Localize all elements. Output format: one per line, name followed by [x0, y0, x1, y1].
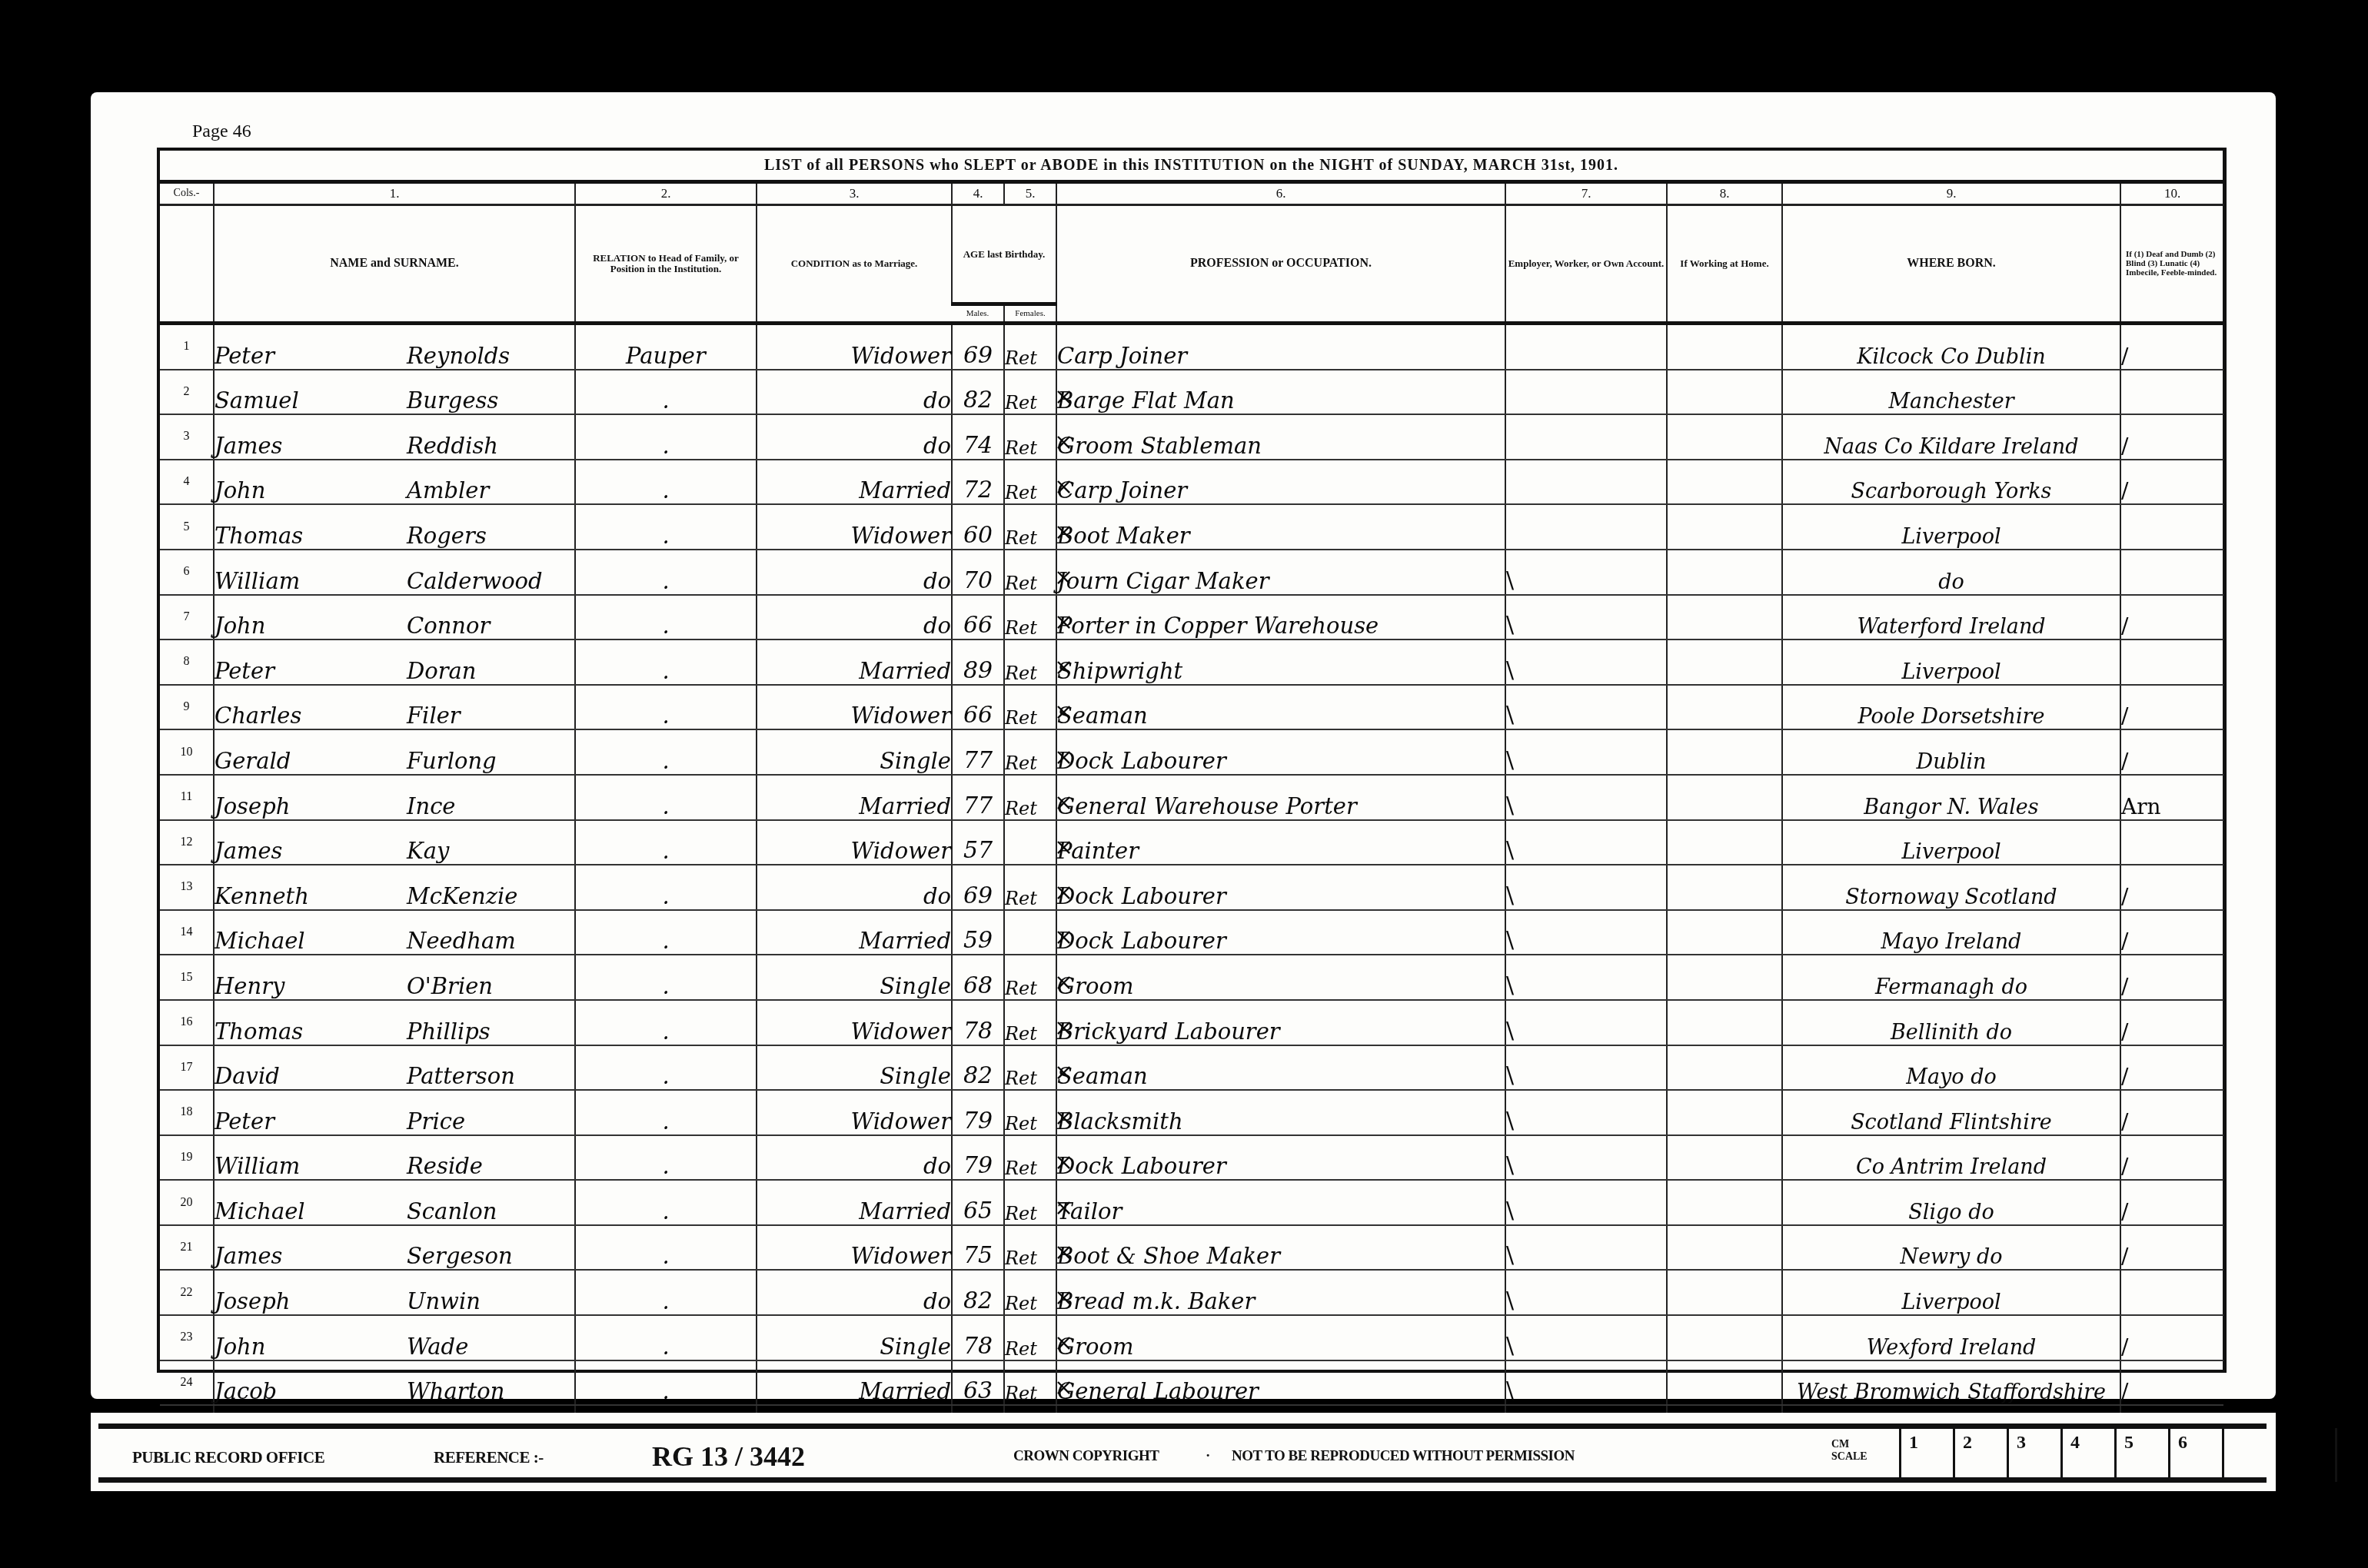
occupation-text: Dock Labourer [1057, 928, 1226, 954]
row-number: 23 [160, 1315, 214, 1360]
occupation-cell: ×Tailor [1056, 1180, 1505, 1225]
where-born-cell: Dublin [1782, 729, 2120, 775]
occupation-text: Carp Joiner [1057, 343, 1187, 369]
condition-cell: Widower [757, 324, 952, 370]
footer-notice: NOT TO BE REPRODUCED WITHOUT PERMISSION [1232, 1448, 1575, 1465]
working-home-cell [1667, 370, 1782, 415]
person-name: JosephUnwin [214, 1270, 575, 1315]
where-born-cell: Kilcock Co Dublin [1782, 324, 2120, 370]
header-rownum [160, 205, 214, 324]
relation-cell: Pauper [575, 324, 757, 370]
scale-cell: 5 [2114, 1428, 2168, 1482]
age-male-cell: 66 [952, 685, 1004, 730]
occupation-cell: ×General Warehouse Porter [1056, 775, 1505, 820]
employer-cell: \ [1505, 550, 1667, 595]
occupation-text: Dock Labourer [1057, 1153, 1226, 1179]
where-born-cell: Liverpool [1782, 504, 2120, 550]
header-employer: Employer, Worker, or Own Account. [1505, 205, 1667, 324]
header-condition: CONDITION as to Marriage. [757, 205, 952, 324]
surname: Rogers [407, 523, 487, 549]
age-male-cell: 57 [952, 820, 1004, 865]
table-row: 5ThomasRogers.Widower60Ret×Boot MakerLiv… [160, 504, 2223, 550]
table-row: 4JohnAmbler.Married72Ret×Carp JoinerScar… [160, 460, 2223, 505]
infirmity-cell: / [2120, 955, 2223, 1000]
relation-cell: . [575, 1270, 757, 1315]
surname: Furlong [407, 748, 497, 774]
scale-cell: 3 [2007, 1428, 2060, 1482]
relation-cell: . [575, 639, 757, 685]
footer-reference: RG 13 / 3442 [652, 1440, 805, 1473]
table-row: 22JosephUnwin.do82Ret×Bread m.k. Baker\L… [160, 1270, 2223, 1315]
age-male-cell: 78 [952, 1315, 1004, 1360]
relation-cell: . [575, 729, 757, 775]
employer-cell: \ [1505, 1000, 1667, 1045]
first-name: James [215, 1243, 407, 1269]
table-row: 10GeraldFurlong.Single77Ret×Dock Laboure… [160, 729, 2223, 775]
condition-cell: do [757, 595, 952, 640]
relation-cell: . [575, 910, 757, 955]
cross-mark-icon: × [1054, 429, 1073, 456]
condition-cell: Single [757, 1045, 952, 1091]
infirmity-cell: / [2120, 729, 2223, 775]
employer-cell [1505, 460, 1667, 505]
where-born-cell: Mayo do [1782, 1045, 2120, 1091]
employer-cell: \ [1505, 865, 1667, 910]
working-home-cell [1667, 639, 1782, 685]
cols-label: Cols.- [160, 184, 214, 205]
condition-cell: Married [757, 1180, 952, 1225]
cross-mark-icon: × [1054, 699, 1073, 726]
surname: Reynolds [407, 343, 510, 369]
header-where-born: WHERE BORN. [1782, 205, 2120, 324]
occupation-cell: Carp Joiner [1056, 324, 1505, 370]
occupation-cell: ×Journ Cigar Maker [1056, 550, 1505, 595]
working-home-cell [1667, 1000, 1782, 1045]
age-female-cell: Ret [1004, 504, 1056, 550]
working-home-cell [1667, 1270, 1782, 1315]
surname: Connor [407, 613, 490, 639]
employer-cell: \ [1505, 639, 1667, 685]
header-relation: RELATION to Head of Family, or Position … [575, 205, 757, 324]
condition-cell: Single [757, 729, 952, 775]
column-numbers-row: Cols.- 1. 2. 3. 4. 5. 6. 7. 8. 9. 10. [160, 184, 2223, 205]
surname: Burgess [407, 387, 498, 414]
footer-office: PUBLIC RECORD OFFICE [132, 1448, 324, 1467]
occupation-cell: ×Seaman [1056, 1045, 1505, 1091]
table-row: 17DavidPatterson.Single82Ret×Seaman\Mayo… [160, 1045, 2223, 1091]
first-name: David [215, 1063, 407, 1089]
age-male-cell: 70 [952, 550, 1004, 595]
employer-cell [1505, 324, 1667, 370]
surname: O'Brien [407, 973, 493, 999]
occupation-cell: ×Groom Stableman [1056, 414, 1505, 460]
occupation-cell: ×Carp Joiner [1056, 460, 1505, 505]
age-female-cell: Ret [1004, 729, 1056, 775]
person-name: JamesKay [214, 820, 575, 865]
person-name: WilliamReside [214, 1135, 575, 1181]
footer-copyright: CROWN COPYRIGHT [1013, 1448, 1159, 1465]
employer-cell: \ [1505, 1225, 1667, 1271]
age-male-cell: 78 [952, 1000, 1004, 1045]
table-row: 24JacobWharton.Married63Ret×General Labo… [160, 1360, 2223, 1406]
cross-mark-icon: × [1054, 1374, 1073, 1401]
cross-mark-icon: × [1054, 473, 1073, 500]
age-female-cell: Ret [1004, 865, 1056, 910]
employer-cell: \ [1505, 1090, 1667, 1135]
age-female-cell: Ret [1004, 1090, 1056, 1135]
age-male-cell: 79 [952, 1090, 1004, 1135]
infirmity-cell [2120, 1270, 2223, 1315]
occupation-cell: ×Dock Labourer [1056, 910, 1505, 955]
cross-mark-icon: × [1054, 1239, 1073, 1266]
person-name: PeterDoran [214, 639, 575, 685]
table-row: 2SamuelBurgess.do82Ret×Barge Flat ManMan… [160, 370, 2223, 415]
condition-cell: Widower [757, 1000, 952, 1045]
person-name: GeraldFurlong [214, 729, 575, 775]
employer-cell: \ [1505, 1180, 1667, 1225]
employer-cell: \ [1505, 1270, 1667, 1315]
condition-cell: do [757, 414, 952, 460]
cm-scale: 1 2 3 4 5 6 [1899, 1428, 2337, 1482]
cross-mark-icon: × [1054, 744, 1073, 771]
age-male-cell: 82 [952, 1045, 1004, 1091]
table-row: 16ThomasPhillips.Widower78Ret×Brickyard … [160, 1000, 2223, 1045]
row-number: 10 [160, 729, 214, 775]
condition-cell: Widower [757, 504, 952, 550]
colnum-1: 1. [214, 184, 575, 205]
page-number: Page 46 [192, 121, 251, 142]
age-male-cell: 79 [952, 1135, 1004, 1181]
age-female-cell: Ret [1004, 1180, 1056, 1225]
cross-mark-icon: × [1054, 1015, 1073, 1041]
where-born-cell: Scotland Flintshire [1782, 1090, 2120, 1135]
table-row: 18PeterPrice.Widower79Ret×Blacksmith\Sco… [160, 1090, 2223, 1135]
cm-scale-label: CM SCALE [1831, 1439, 1867, 1463]
row-number: 18 [160, 1090, 214, 1135]
scale-cell [2222, 1428, 2337, 1482]
surname: Calderwood [407, 568, 543, 594]
where-born-cell: Liverpool [1782, 820, 2120, 865]
surname: McKenzie [407, 883, 517, 909]
occupation-cell: ×Boot & Shoe Maker [1056, 1225, 1505, 1271]
age-male-cell: 82 [952, 370, 1004, 415]
colnum-5: 5. [1004, 184, 1056, 205]
employer-cell: \ [1505, 820, 1667, 865]
person-name: JacobWharton [214, 1360, 575, 1406]
condition-cell: Widower [757, 685, 952, 730]
relation-cell: . [575, 775, 757, 820]
person-name: ThomasRogers [214, 504, 575, 550]
age-male-cell: 77 [952, 775, 1004, 820]
age-male-cell: 65 [952, 1180, 1004, 1225]
person-name: WilliamCalderwood [214, 550, 575, 595]
person-name: PeterReynolds [214, 324, 575, 370]
table-row: 19WilliamReside.do79Ret×Dock Labourer\Co… [160, 1135, 2223, 1181]
table-row: 3JamesReddish.do74Ret×Groom StablemanNaa… [160, 414, 2223, 460]
infirmity-cell [2120, 504, 2223, 550]
relation-cell: . [575, 414, 757, 460]
header-name: NAME and SURNAME. [214, 205, 575, 324]
table-row: 12JamesKay.Widower57×Painter\Liverpool [160, 820, 2223, 865]
condition-cell: do [757, 865, 952, 910]
first-name: Peter [215, 1108, 407, 1134]
colnum-3: 3. [757, 184, 952, 205]
infirmity-cell: Arn [2120, 775, 2223, 820]
working-home-cell [1667, 1360, 1782, 1406]
occupation-cell: ×Dock Labourer [1056, 729, 1505, 775]
age-female-cell: Ret [1004, 460, 1056, 505]
working-home-cell [1667, 414, 1782, 460]
row-number: 9 [160, 685, 214, 730]
employer-cell: \ [1505, 685, 1667, 730]
surname: Reside [407, 1153, 483, 1179]
occupation-cell: ×Groom [1056, 1315, 1505, 1360]
infirmity-cell [2120, 370, 2223, 415]
working-home-cell [1667, 1135, 1782, 1181]
age-female-cell: Ret [1004, 595, 1056, 640]
archive-footer: PUBLIC RECORD OFFICE REFERENCE :- RG 13 … [91, 1413, 2276, 1491]
relation-cell: . [575, 1135, 757, 1181]
relation-cell: . [575, 370, 757, 415]
footer-separator: · [1206, 1448, 1210, 1465]
where-born-cell: Stornoway Scotland [1782, 865, 2120, 910]
surname: Wade [407, 1334, 468, 1360]
person-name: JohnConnor [214, 595, 575, 640]
first-name: John [215, 477, 407, 503]
form-title: LIST of all PERSONS who SLEPT or ABODE i… [160, 151, 2223, 184]
person-name: PeterPrice [214, 1090, 575, 1135]
occupation-cell: ×Shipwright [1056, 639, 1505, 685]
where-born-cell: Fermanagh do [1782, 955, 2120, 1000]
working-home-cell [1667, 729, 1782, 775]
where-born-cell: Liverpool [1782, 639, 2120, 685]
colnum-2: 2. [575, 184, 757, 205]
occupation-text: Boot Maker [1057, 523, 1190, 549]
table-row: 13KennethMcKenzie.do69Ret×Dock Labourer\… [160, 865, 2223, 910]
first-name: Thomas [215, 523, 407, 549]
where-born-cell: do [1782, 550, 2120, 595]
table-row: 20MichaelScanlon.Married65Ret×Tailor\Sli… [160, 1180, 2223, 1225]
colnum-4: 4. [952, 184, 1004, 205]
age-male-cell: 68 [952, 955, 1004, 1000]
age-female-cell: Ret [1004, 1135, 1056, 1181]
age-female-cell: Ret [1004, 550, 1056, 595]
condition-cell: Single [757, 955, 952, 1000]
person-name: JamesReddish [214, 414, 575, 460]
where-born-cell: Scarborough Yorks [1782, 460, 2120, 505]
working-home-cell [1667, 324, 1782, 370]
infirmity-cell: / [2120, 865, 2223, 910]
person-name: JohnWade [214, 1315, 575, 1360]
first-name: William [215, 568, 407, 594]
first-name: Peter [215, 658, 407, 684]
working-home-cell [1667, 1090, 1782, 1135]
row-number: 16 [160, 1000, 214, 1045]
occupation-cell: ×Painter [1056, 820, 1505, 865]
age-female-cell: Ret [1004, 1270, 1056, 1315]
row-number: 19 [160, 1135, 214, 1181]
cross-mark-icon: × [1054, 879, 1073, 906]
occupation-text: Dock Labourer [1057, 748, 1226, 774]
age-male-cell: 77 [952, 729, 1004, 775]
first-name: Joseph [215, 793, 407, 819]
condition-cell: Widower [757, 1090, 952, 1135]
table-row: 1PeterReynoldsPauperWidower69RetCarp Joi… [160, 324, 2223, 370]
row-number: 5 [160, 504, 214, 550]
employer-cell: \ [1505, 955, 1667, 1000]
age-female-cell: Ret [1004, 685, 1056, 730]
first-name: Kenneth [215, 883, 407, 909]
infirmity-cell: / [2120, 595, 2223, 640]
row-number: 15 [160, 955, 214, 1000]
census-rows: 1PeterReynoldsPauperWidower69RetCarp Joi… [160, 324, 2223, 1450]
cross-mark-icon: × [1054, 1284, 1073, 1311]
age-male-cell: 75 [952, 1225, 1004, 1271]
working-home-cell [1667, 1045, 1782, 1091]
occupation-text: Carp Joiner [1057, 477, 1187, 503]
employer-cell: \ [1505, 775, 1667, 820]
first-name: Joseph [215, 1288, 407, 1314]
working-home-cell [1667, 865, 1782, 910]
first-name: John [215, 613, 407, 639]
age-female-cell: Ret [1004, 955, 1056, 1000]
cross-mark-icon: × [1054, 1330, 1073, 1357]
relation-cell: . [575, 1225, 757, 1271]
header-occupation: PROFESSION or OCCUPATION. [1056, 205, 1505, 324]
age-male-cell: 74 [952, 414, 1004, 460]
where-born-cell: Bangor N. Wales [1782, 775, 2120, 820]
condition-cell: Widower [757, 820, 952, 865]
relation-cell: . [575, 955, 757, 1000]
age-male-cell: 69 [952, 865, 1004, 910]
scale-cell: 4 [2060, 1428, 2114, 1482]
surname: Wharton [407, 1378, 504, 1404]
infirmity-cell: / [2120, 460, 2223, 505]
cross-mark-icon: × [1054, 834, 1073, 861]
surname: Filer [407, 703, 461, 729]
scale-label: SCALE [1831, 1451, 1867, 1463]
cross-mark-icon: × [1054, 654, 1073, 681]
relation-cell: . [575, 1315, 757, 1360]
occupation-text: Brickyard Labourer [1057, 1018, 1280, 1045]
footer-reference-label: REFERENCE :- [434, 1448, 544, 1467]
person-name: JohnAmbler [214, 460, 575, 505]
age-male-cell: 89 [952, 639, 1004, 685]
cross-mark-icon: × [1054, 924, 1073, 951]
person-name: MichaelNeedham [214, 910, 575, 955]
relation-cell: . [575, 820, 757, 865]
age-male-cell: 63 [952, 1360, 1004, 1406]
infirmity-cell: / [2120, 1225, 2223, 1271]
age-female-cell: Ret [1004, 370, 1056, 415]
relation-cell: . [575, 1090, 757, 1135]
working-home-cell [1667, 775, 1782, 820]
cross-mark-icon: × [1054, 969, 1073, 996]
where-born-cell: Sligo do [1782, 1180, 2120, 1225]
occupation-text: Groom Stableman [1057, 433, 1262, 459]
person-name: JosephInce [214, 775, 575, 820]
occupation-text: Journ Cigar Maker [1057, 568, 1269, 594]
relation-cell: . [575, 685, 757, 730]
relation-cell: . [575, 1360, 757, 1406]
first-name: Michael [215, 928, 407, 954]
where-born-cell: Manchester [1782, 370, 2120, 415]
row-number: 1 [160, 324, 214, 370]
age-male-cell: 69 [952, 324, 1004, 370]
header-age-males: Males. [952, 304, 1004, 324]
where-born-cell: Co Antrim Ireland [1782, 1135, 2120, 1181]
working-home-cell [1667, 820, 1782, 865]
age-female-cell: Ret [1004, 1045, 1056, 1091]
age-female-cell: Ret [1004, 1315, 1056, 1360]
colnum-9: 9. [1782, 184, 2120, 205]
row-number: 11 [160, 775, 214, 820]
person-name: MichaelScanlon [214, 1180, 575, 1225]
occupation-text: General Labourer [1057, 1378, 1259, 1404]
age-female-cell: Ret [1004, 414, 1056, 460]
row-number: 2 [160, 370, 214, 415]
row-number: 7 [160, 595, 214, 640]
first-name: James [215, 433, 407, 459]
occupation-text: General Warehouse Porter [1057, 793, 1357, 819]
infirmity-cell: / [2120, 1180, 2223, 1225]
scale-cell: 2 [1953, 1428, 2007, 1482]
table-row: 6WilliamCalderwood.do70Ret×Journ Cigar M… [160, 550, 2223, 595]
infirmity-cell: / [2120, 1315, 2223, 1360]
table-row: 15HenryO'Brien.Single68Ret×Groom\Fermana… [160, 955, 2223, 1000]
census-table: Cols.- 1. 2. 3. 4. 5. 6. 7. 8. 9. 10. NA… [160, 184, 2223, 1487]
header-working-home: If Working at Home. [1667, 205, 1782, 324]
occupation-cell: ×Groom [1056, 955, 1505, 1000]
occupation-cell: ×Seaman [1056, 685, 1505, 730]
infirmity-cell [2120, 820, 2223, 865]
age-female-cell: Ret [1004, 1225, 1056, 1271]
first-name: William [215, 1153, 407, 1179]
header-row: NAME and SURNAME. RELATION to Head of Fa… [160, 205, 2223, 304]
condition-cell: Married [757, 775, 952, 820]
condition-cell: do [757, 1270, 952, 1315]
cross-mark-icon: × [1054, 564, 1073, 591]
surname: Ambler [407, 477, 489, 503]
employer-cell: \ [1505, 1045, 1667, 1091]
first-name: James [215, 838, 407, 864]
occupation-cell: ×Blacksmith [1056, 1090, 1505, 1135]
employer-cell: \ [1505, 1315, 1667, 1360]
first-name: Henry [215, 973, 407, 999]
relation-cell: . [575, 504, 757, 550]
working-home-cell [1667, 955, 1782, 1000]
person-name: DavidPatterson [214, 1045, 575, 1091]
header-age-females: Females. [1004, 304, 1056, 324]
working-home-cell [1667, 504, 1782, 550]
row-number: 13 [160, 865, 214, 910]
infirmity-cell: / [2120, 685, 2223, 730]
row-number: 8 [160, 639, 214, 685]
occupation-text: Boot & Shoe Maker [1057, 1243, 1280, 1269]
surname: Price [407, 1108, 465, 1134]
relation-cell: . [575, 865, 757, 910]
colnum-8: 8. [1667, 184, 1782, 205]
age-female-cell [1004, 910, 1056, 955]
occupation-cell: ×Barge Flat Man [1056, 370, 1505, 415]
condition-cell: Widower [757, 1225, 952, 1271]
row-number: 4 [160, 460, 214, 505]
working-home-cell [1667, 910, 1782, 955]
infirmity-cell: / [2120, 1000, 2223, 1045]
age-male-cell: 66 [952, 595, 1004, 640]
person-name: SamuelBurgess [214, 370, 575, 415]
relation-cell: . [575, 1045, 757, 1091]
